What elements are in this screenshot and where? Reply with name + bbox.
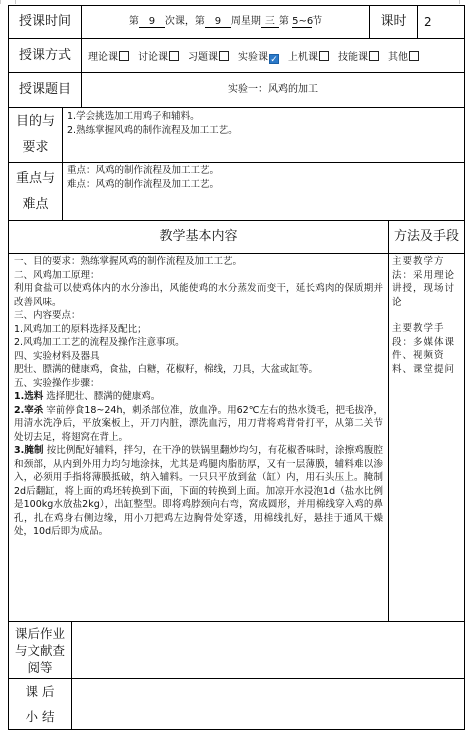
label-text: 课后作业与文献查阅等: [11, 625, 69, 676]
section-principle-body: 利用食盐可以使鸡体内的水分渗出，风能使鸡的水分蒸发而变干，延长鸡肉的保质期并改善…: [14, 282, 383, 309]
step-body: 按比例配好辅料，拌匀，在干净的铁锅里翻炒均匀，有花椒香味时，涂擦鸡腹腔和颈部，从…: [14, 445, 383, 537]
schedule-line: 第9次课，第9周星期三第 5~6节: [129, 12, 322, 32]
text-week-suffix: 周星期: [231, 16, 261, 27]
label-text: 要求: [22, 135, 48, 161]
step-curing: 3.腌制 按比例配好辅料，拌匀，在干净的铁锅里翻炒均匀，有花椒香味时，涂擦鸡腹腔…: [14, 444, 383, 539]
teaching-content[interactable]: 一、目的要求：熟练掌握风鸡的制作流程及加工工艺。 二、风鸡加工原理： 利用食盐可…: [8, 253, 389, 622]
label-text: 授课时间: [19, 12, 71, 32]
mode-option-other[interactable]: 其他: [388, 48, 419, 63]
label-text: 课 后: [26, 679, 55, 704]
section-key-content-title: 三、内容要点：: [14, 309, 383, 323]
teaching-time-value[interactable]: 第9次课，第9周星期三第 5~6节: [81, 5, 370, 39]
mode-option-theory[interactable]: 理论课: [88, 48, 129, 63]
teaching-mode-options: 理论课 讨论课 习题课 实验课✓ 上机课 技能课 其他: [81, 38, 465, 73]
step-body: 选择肥壮、膘满的健康鸡。: [43, 391, 160, 402]
teaching-means-text: 主要教学手段：多媒体课件、视频资料、课堂提问: [392, 322, 461, 376]
step-selection: 1.选料 选择肥壮、膘满的健康鸡。: [14, 390, 383, 404]
label-text: 难点: [22, 192, 48, 218]
text-period-prefix: 第: [279, 16, 289, 27]
summary-value[interactable]: [71, 678, 465, 730]
hours-number: 2: [424, 15, 432, 29]
header-text: 方法及手段: [394, 227, 459, 247]
page-margin-mark: [15, 0, 16, 4]
label-homework: 课后作业与文献查阅等: [8, 621, 72, 679]
checkbox-unchecked-icon[interactable]: [319, 51, 329, 61]
week-number: 9: [205, 16, 231, 28]
section-materials-body: 肥壮、膘满的健康鸡，食盐，白糖，花椒籽，棉线，刀具，大盆或缸等。: [14, 363, 383, 377]
section-steps-title: 五、实验操作步骤：: [14, 377, 383, 391]
section-principle-title: 二、风鸡加工原理：: [14, 269, 383, 283]
goal-item: 2.熟练掌握风鸡的制作流程及加工工艺。: [67, 124, 460, 138]
page-margin-mark: [0, 0, 1, 4]
difficulty-item: 难点：风鸡的制作流程及加工工艺。: [67, 178, 460, 192]
mode-option-skill[interactable]: 技能课: [338, 48, 379, 63]
goal-item: 1.学会挑选加工用鸡子和辅料。: [67, 110, 460, 124]
checkbox-unchecked-icon[interactable]: [409, 51, 419, 61]
checkbox-unchecked-icon[interactable]: [219, 51, 229, 61]
option-label: 其他: [388, 52, 408, 63]
option-label: 实验课: [238, 52, 268, 63]
method-header: 方法及手段: [388, 220, 465, 254]
option-label: 讨论课: [138, 52, 168, 63]
content-header: 教学基本内容: [8, 220, 389, 254]
key-point-item: 重点：风鸡的制作流程及加工工艺。: [67, 164, 460, 178]
text-period-suffix: 节: [312, 16, 322, 27]
periods: 5~6: [292, 16, 312, 28]
class-hours-value[interactable]: 2: [417, 5, 465, 39]
checkbox-unchecked-icon[interactable]: [169, 51, 179, 61]
step-title: 2.宰杀: [14, 405, 43, 416]
step-title: 1.选料: [14, 391, 43, 402]
section-materials-title: 四、实验材料及器具: [14, 350, 383, 364]
session-number: 9: [139, 16, 165, 28]
option-label: 上机课: [288, 52, 318, 63]
step-body: 宰前停食18~24h，刺杀部位准，放血净。用62℃左右的热水烫毛，把毛拔净，用清…: [14, 405, 383, 443]
label-class-hours: 课时: [369, 5, 418, 39]
label-summary: 课 后 小 结: [8, 678, 72, 730]
methods-content[interactable]: 主要教学方法：采用理论讲授，现场讨论 主要教学手段：多媒体课件、视频资料、课堂提…: [388, 253, 465, 622]
key-content-item: 1.风鸡加工的原料选择及配比；: [14, 323, 383, 337]
label-goals: 目的与 要求: [8, 107, 63, 163]
label-text: 重点与: [16, 166, 55, 192]
checkbox-unchecked-icon[interactable]: [119, 51, 129, 61]
homework-value[interactable]: [71, 621, 465, 679]
step-title: 3.腌制: [14, 445, 44, 456]
label-text: 课时: [380, 12, 406, 32]
label-text: 目的与: [16, 109, 55, 135]
goals-content[interactable]: 1.学会挑选加工用鸡子和辅料。 2.熟练掌握风鸡的制作流程及加工工艺。: [62, 107, 465, 163]
mode-option-discussion[interactable]: 讨论课: [138, 48, 179, 63]
label-text: 小 结: [26, 704, 55, 729]
option-label: 习题课: [188, 52, 218, 63]
key-content-item: 2.风鸡加工工艺的流程及操作注意事项。: [14, 336, 383, 350]
teaching-method-text: 主要教学方法：采用理论讲授，现场讨论: [392, 255, 461, 309]
option-label: 技能课: [338, 52, 368, 63]
text-session-suffix: 次课，第: [165, 16, 205, 27]
weekday: 三: [261, 16, 279, 28]
label-teaching-time: 授课时间: [8, 5, 82, 39]
key-points-content[interactable]: 重点：风鸡的制作流程及加工工艺。 难点：风鸡的制作流程及加工工艺。: [62, 162, 465, 221]
teaching-topic-value[interactable]: 实验一：风鸡的加工: [81, 72, 465, 108]
label-teaching-mode: 授课方式: [8, 38, 82, 73]
option-label: 理论课: [88, 52, 118, 63]
mode-option-exercise[interactable]: 习题课: [188, 48, 229, 63]
text-di: 第: [129, 16, 139, 27]
label-teaching-topic: 授课题目: [8, 72, 82, 108]
section-objectives: 一、目的要求：熟练掌握风鸡的制作流程及加工工艺。: [14, 255, 383, 269]
mode-option-computer[interactable]: 上机课: [288, 48, 329, 63]
header-text: 教学基本内容: [159, 227, 237, 247]
topic-text: 实验一：风鸡的加工: [228, 80, 318, 100]
step-slaughter: 2.宰杀 宰前停食18~24h，刺杀部位准，放血净。用62℃左右的热水烫毛，把毛…: [14, 404, 383, 445]
checkbox-checked-icon[interactable]: ✓: [269, 54, 279, 64]
page-margin-mark: [459, 0, 460, 4]
checkbox-unchecked-icon[interactable]: [369, 51, 379, 61]
label-text: 授课题目: [19, 80, 71, 100]
mode-option-lab[interactable]: 实验课✓: [238, 48, 279, 64]
label-text: 授课方式: [19, 46, 71, 66]
label-key-points: 重点与 难点: [8, 162, 63, 221]
